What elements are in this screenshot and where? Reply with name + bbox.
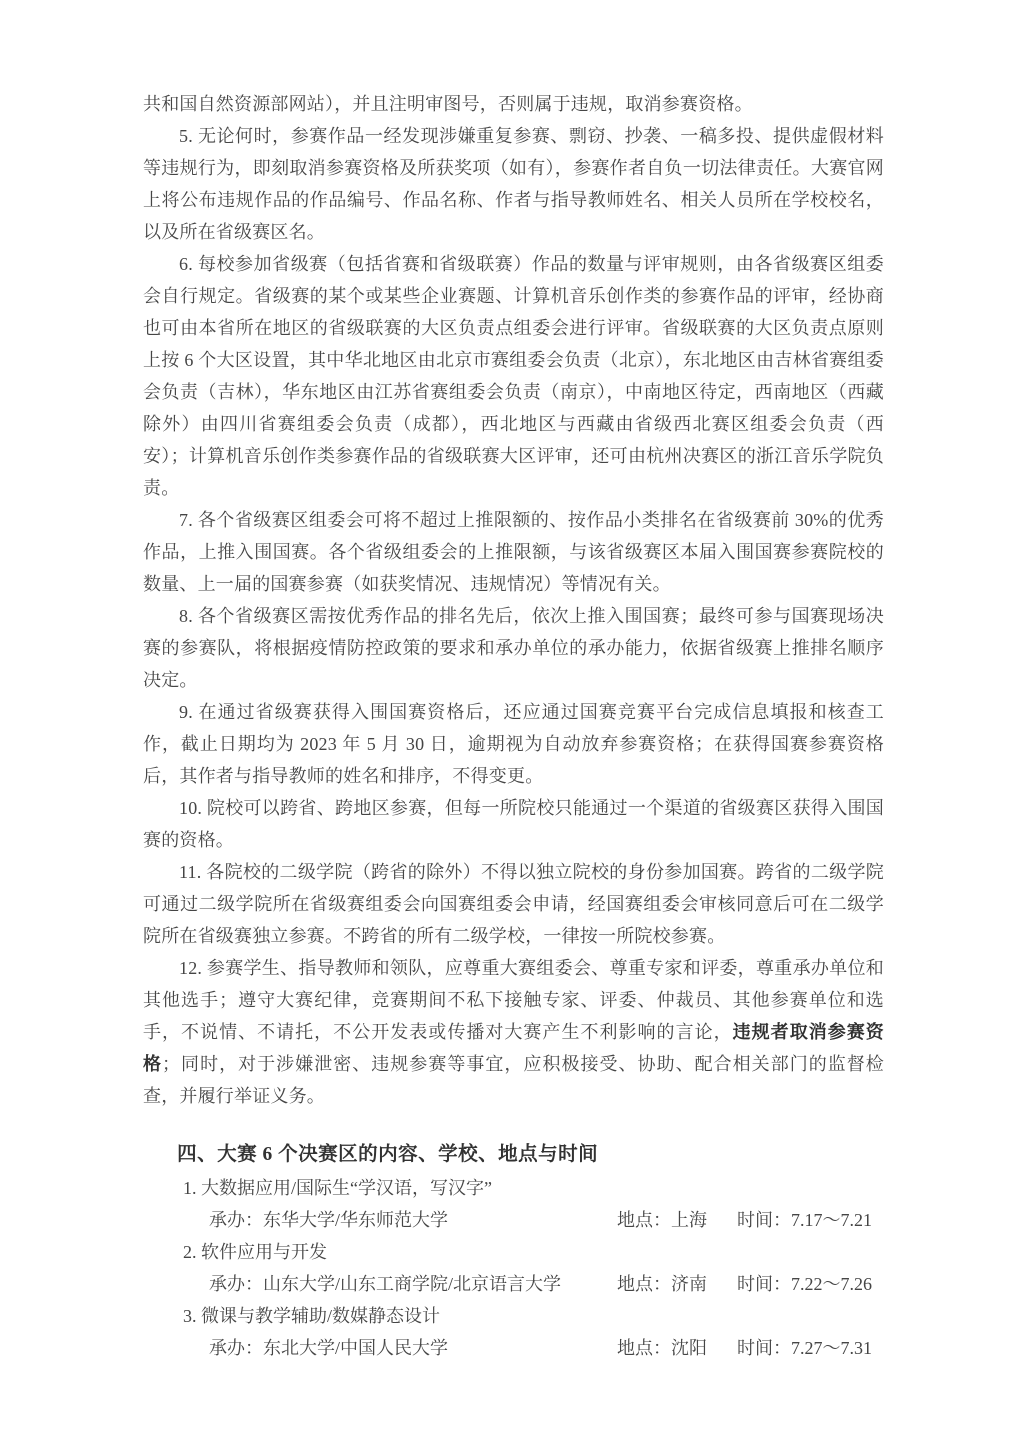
venue-place: 地点：沈阳 xyxy=(617,1338,707,1358)
paragraph: 共和国自然资源部网站），并且注明审图号，否则属于违规，取消参赛资格。 xyxy=(143,88,884,120)
venue-host-row: 承办：东华大学/华东师范大学地点：上海时间：7.17～7.21 xyxy=(143,1204,884,1236)
paragraph-text: 6. 每校参加省级赛（包括省赛和省级联赛）作品的数量与评审规则，由各省级赛区组委… xyxy=(143,254,884,498)
paragraph-text: 10. 院校可以跨省、跨地区参赛，但每一所院校只能通过一个渠道的省级赛区获得入围… xyxy=(143,798,884,850)
venue-time: 时间：7.22～7.26 xyxy=(737,1274,872,1294)
document-page: 共和国自然资源部网站），并且注明审图号，否则属于违规，取消参赛资格。5. 无论何… xyxy=(0,0,1024,1364)
venue-title: 2. 软件应用与开发 xyxy=(143,1236,884,1268)
paragraph: 8. 各个省级赛区需按优秀作品的排名先后，依次上推入围国赛；最终可参与国赛现场决… xyxy=(143,600,884,696)
venue-host: 承办：山东大学/山东工商学院/北京语言大学 xyxy=(209,1268,561,1300)
paragraph-text: 11. 各院校的二级学院（跨省的除外）不得以独立院校的身份参加国赛。跨省的二级学… xyxy=(143,862,884,946)
venue-place: 地点：上海 xyxy=(617,1210,707,1230)
venue-place-time: 地点：沈阳时间：7.27～7.31 xyxy=(617,1332,872,1364)
paragraph: 11. 各院校的二级学院（跨省的除外）不得以独立院校的身份参加国赛。跨省的二级学… xyxy=(143,856,884,952)
paragraph: 9. 在通过省级赛获得入围国赛资格后，还应通过国赛竞赛平台完成信息填报和核查工作… xyxy=(143,696,884,792)
venue-list: 1. 大数据应用/国际生“学汉语，写汉字”承办：东华大学/华东师范大学地点：上海… xyxy=(143,1172,884,1364)
paragraph-text: ；同时，对于涉嫌泄密、违规参赛等事宜，应积极接受、协助、配合相关部门的监督检查，… xyxy=(143,1054,884,1106)
paragraph-text: 8. 各个省级赛区需按优秀作品的排名先后，依次上推入围国赛；最终可参与国赛现场决… xyxy=(143,606,884,690)
venue-time: 时间：7.27～7.31 xyxy=(737,1338,872,1358)
paragraph-text: 9. 在通过省级赛获得入围国赛资格后，还应通过国赛竞赛平台完成信息填报和核查工作… xyxy=(143,702,884,786)
venue-item: 2. 软件应用与开发承办：山东大学/山东工商学院/北京语言大学地点：济南时间：7… xyxy=(143,1236,884,1300)
venue-title: 1. 大数据应用/国际生“学汉语，写汉字” xyxy=(143,1172,884,1204)
venue-title: 3. 微课与教学辅助/数媒静态设计 xyxy=(143,1300,884,1332)
paragraph: 7. 各个省级赛区组委会可将不超过上推限额的、按作品小类排名在省级赛前 30%的… xyxy=(143,504,884,600)
paragraph-text: 共和国自然资源部网站），并且注明审图号，否则属于违规，取消参赛资格。 xyxy=(143,94,753,114)
paragraph: 5. 无论何时，参赛作品一经发现涉嫌重复参赛、剽窃、抄袭、一稿多投、提供虚假材料… xyxy=(143,120,884,248)
venue-time: 时间：7.17～7.21 xyxy=(737,1210,872,1230)
paragraph-text: 5. 无论何时，参赛作品一经发现涉嫌重复参赛、剽窃、抄袭、一稿多投、提供虚假材料… xyxy=(143,126,884,242)
venue-place-time: 地点：上海时间：7.17～7.21 xyxy=(617,1204,872,1236)
paragraph-text: 7. 各个省级赛区组委会可将不超过上推限额的、按作品小类排名在省级赛前 30%的… xyxy=(143,510,884,594)
venue-host-row: 承办：东北大学/中国人民大学地点：沈阳时间：7.27～7.31 xyxy=(143,1332,884,1364)
venue-place: 地点：济南 xyxy=(617,1274,707,1294)
venue-host: 承办：东华大学/华东师范大学 xyxy=(209,1204,448,1236)
venue-item: 1. 大数据应用/国际生“学汉语，写汉字”承办：东华大学/华东师范大学地点：上海… xyxy=(143,1172,884,1236)
venue-host-row: 承办：山东大学/山东工商学院/北京语言大学地点：济南时间：7.22～7.26 xyxy=(143,1268,884,1300)
venue-item: 3. 微课与教学辅助/数媒静态设计承办：东北大学/中国人民大学地点：沈阳时间：7… xyxy=(143,1300,884,1364)
venue-place-time: 地点：济南时间：7.22～7.26 xyxy=(617,1268,872,1300)
body-paragraphs: 共和国自然资源部网站），并且注明审图号，否则属于违规，取消参赛资格。5. 无论何… xyxy=(143,88,884,1112)
paragraph: 6. 每校参加省级赛（包括省赛和省级联赛）作品的数量与评审规则，由各省级赛区组委… xyxy=(143,248,884,504)
section-heading: 四、大赛 6 个决赛区的内容、学校、地点与时间 xyxy=(143,1138,884,1172)
venue-host: 承办：东北大学/中国人民大学 xyxy=(209,1332,448,1364)
paragraph: 10. 院校可以跨省、跨地区参赛，但每一所院校只能通过一个渠道的省级赛区获得入围… xyxy=(143,792,884,856)
paragraph: 12. 参赛学生、指导教师和领队，应尊重大赛组委会、尊重专家和评委，尊重承办单位… xyxy=(143,952,884,1112)
